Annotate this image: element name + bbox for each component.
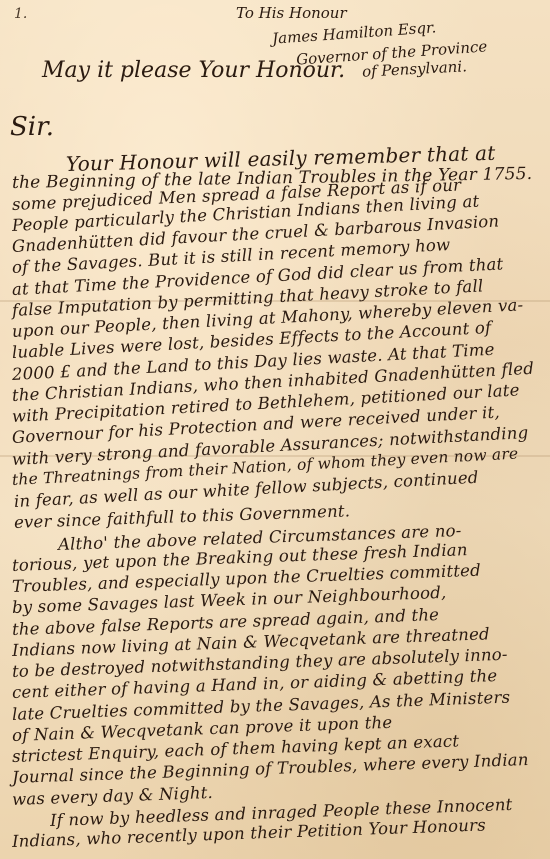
salutation: May it please Your Honour. xyxy=(42,58,345,83)
body-line: was every day & Night. xyxy=(12,782,214,808)
greeting: Sir. xyxy=(10,112,54,142)
page-number: 1. xyxy=(14,6,27,22)
address-line: To His Honour xyxy=(236,4,347,22)
letter-page: 1. To His Honour James Hamilton Esqr. Go… xyxy=(0,0,550,859)
